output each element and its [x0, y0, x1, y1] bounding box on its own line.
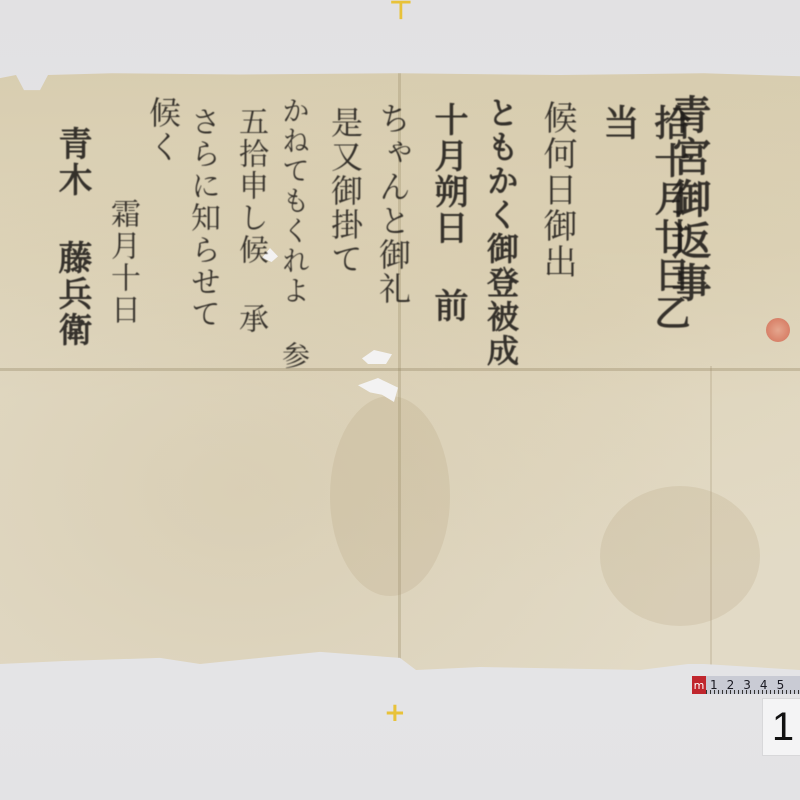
- text-column: かねてもくれよ 参: [274, 96, 314, 371]
- text-column: 是又御掛て: [322, 106, 368, 276]
- paper-stain: [600, 486, 760, 626]
- text-column: ともかく御登被成: [478, 96, 524, 368]
- text-column: 候く: [140, 96, 186, 164]
- date-column: 霜月十日: [100, 198, 144, 326]
- registration-mark-bottom-icon: +: [384, 700, 406, 726]
- signature-column: 青木 藤兵衛: [48, 126, 97, 348]
- paper-stain: [330, 396, 450, 596]
- red-seal-icon: [766, 318, 790, 342]
- measurement-scale: m 1 2 3 4 5: [692, 676, 800, 694]
- scale-unit-label: m: [692, 676, 706, 694]
- calligraphy-text: 青宮御返事 拾十月廿日乙 当 候何日御出 ともかく御登被成 十月朔日 前 ちゃん…: [0, 66, 800, 376]
- item-number-card: 1: [762, 698, 800, 756]
- scale-tick-marks: [706, 690, 800, 694]
- text-column: 拾十月廿日乙 当: [594, 104, 696, 376]
- registration-mark-top-icon: ⊤: [389, 0, 413, 24]
- text-column: さらに知らせて: [180, 106, 224, 330]
- text-column: 候何日御出: [533, 100, 582, 280]
- fold-line-vertical: [710, 366, 712, 666]
- text-column: 十月朔日 前: [424, 102, 473, 324]
- text-column: 五拾申し候 承: [228, 106, 272, 335]
- text-column: ちゃんと御礼: [370, 102, 416, 306]
